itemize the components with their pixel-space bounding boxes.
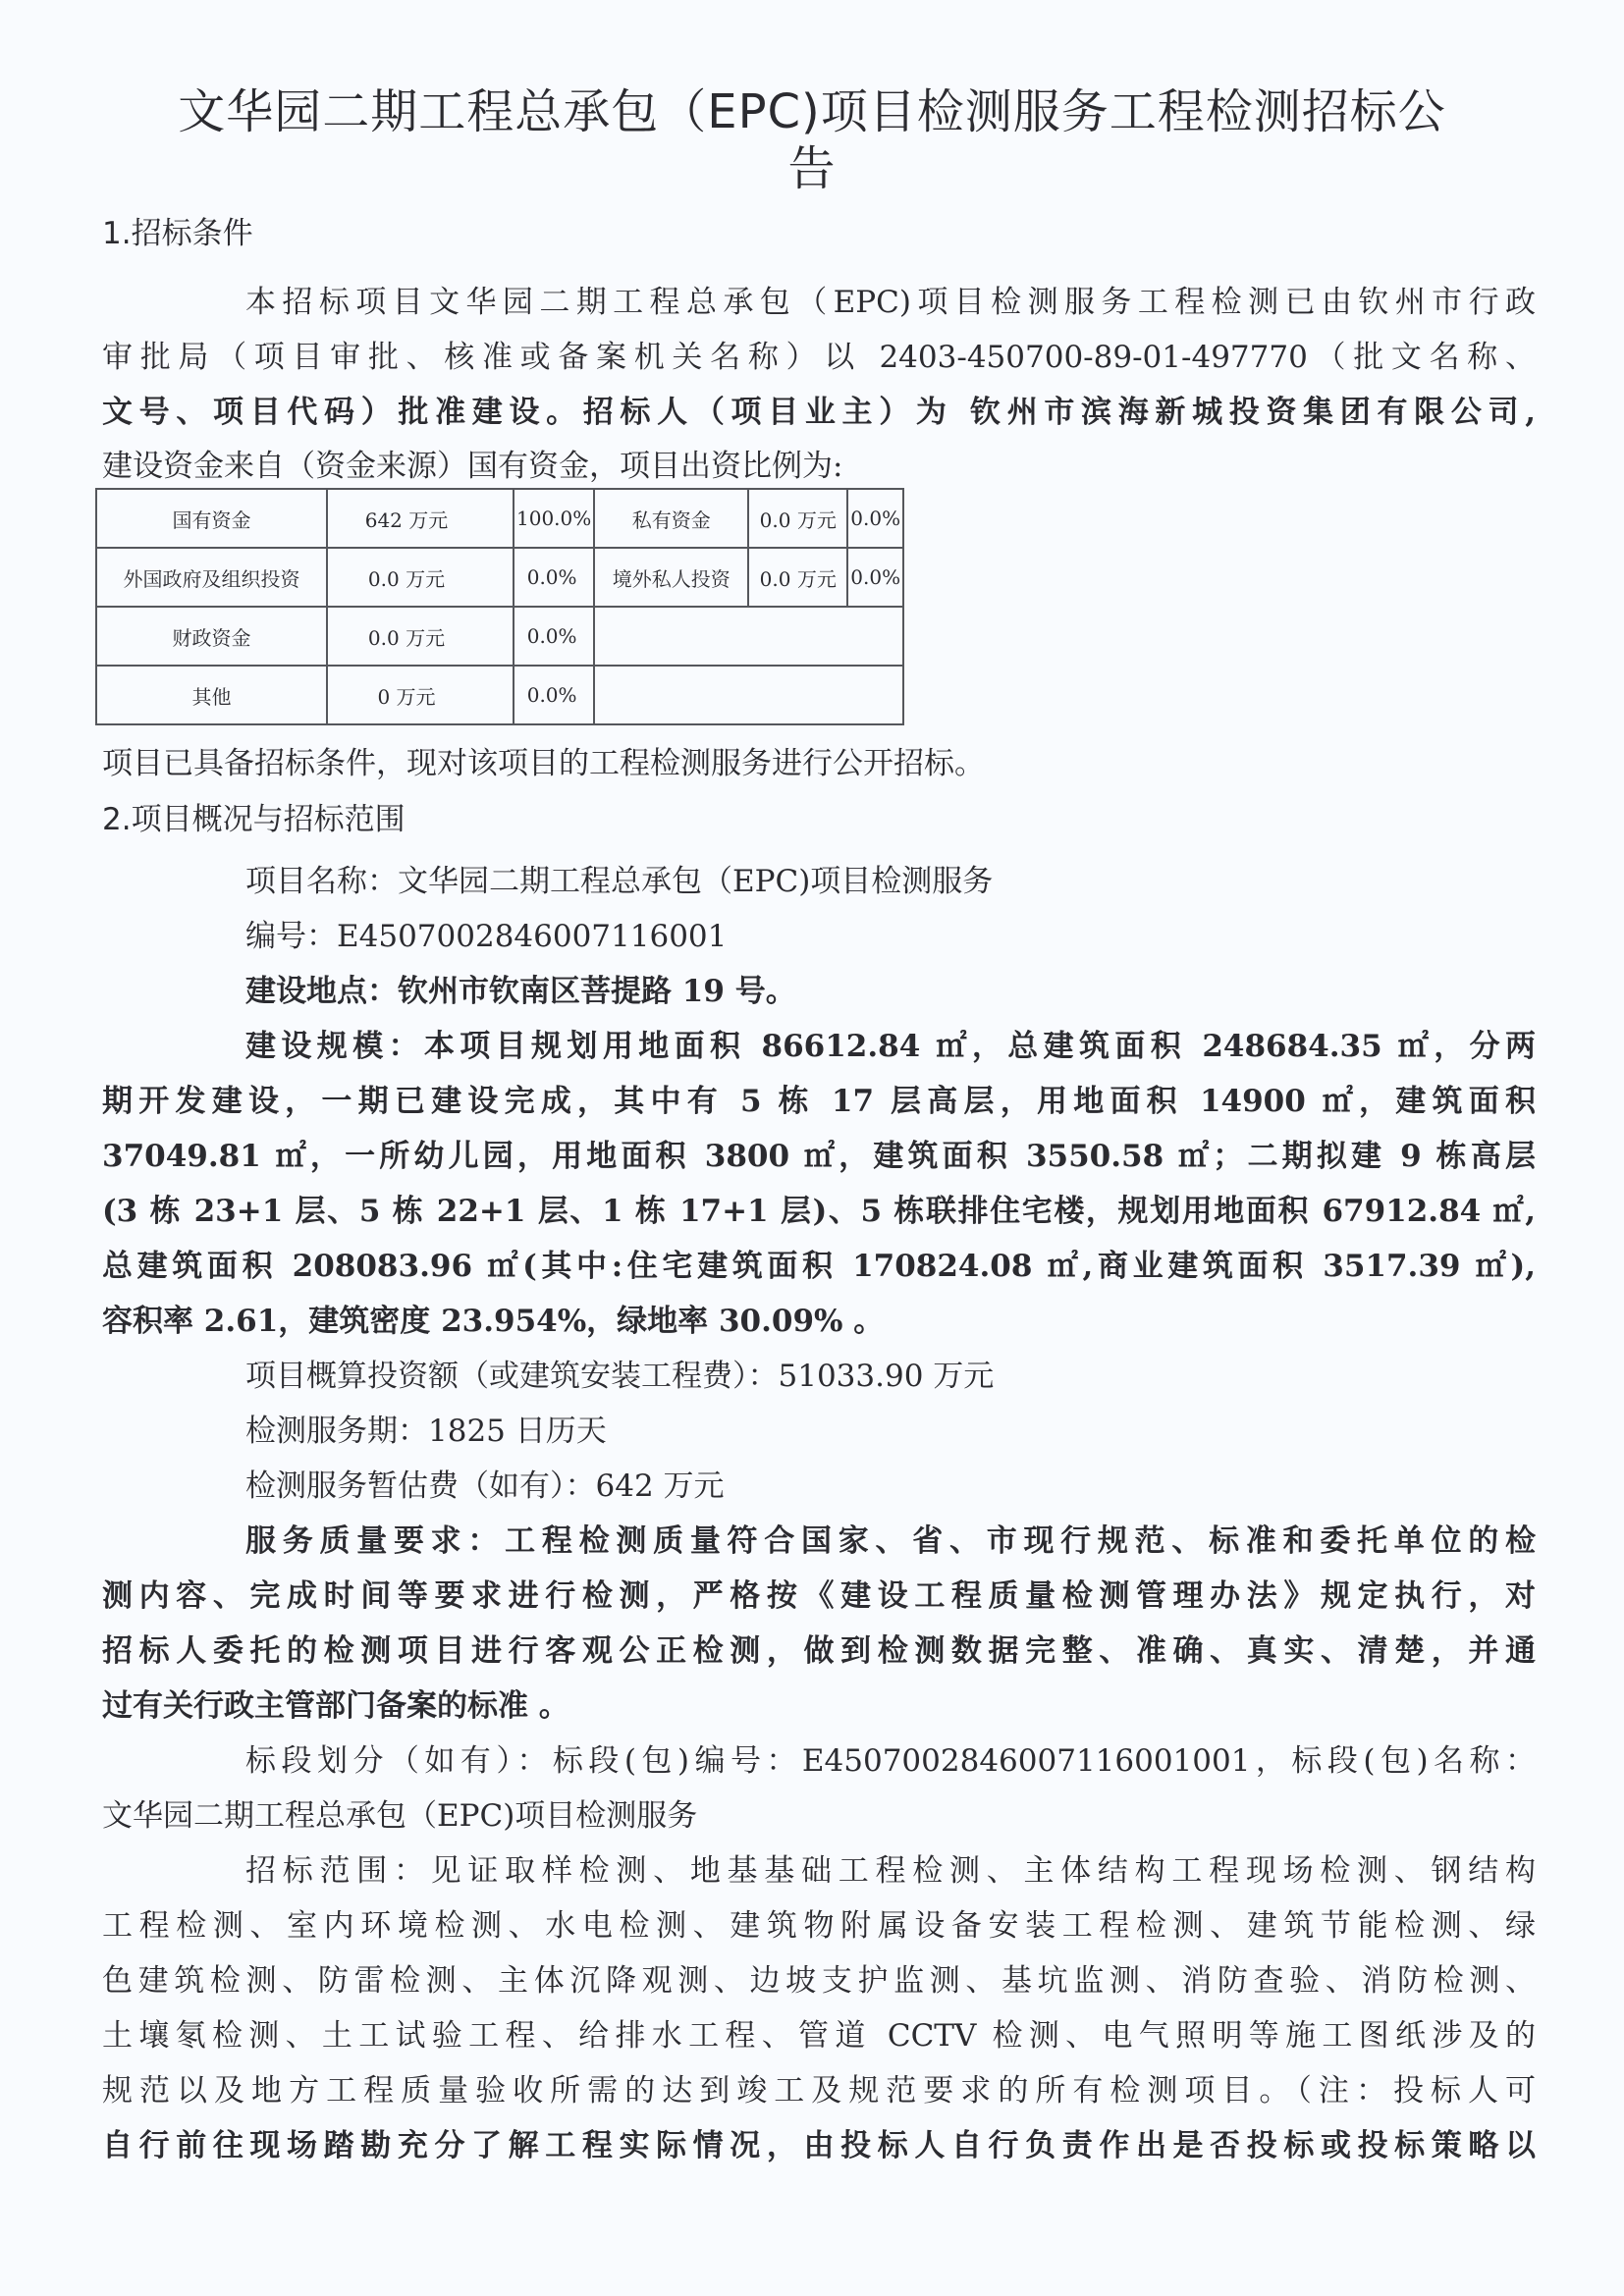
scale-line: 期开发建设，一期已建设完成，其中有 5 栋 17 层高层，用地面积 14900 … xyxy=(102,1082,1536,1121)
table-cell: 0 万元 xyxy=(327,666,514,724)
table-cell: 0.0% xyxy=(514,666,594,724)
table-cell: 0.0% xyxy=(847,548,903,607)
table-cell-empty xyxy=(594,666,903,724)
scope-line: 自行前往现场踏勘充分了解工程实际情况，由投标人自行负责作出是否投标或投标策略以 xyxy=(102,2126,1536,2165)
table-cell: 0.0% xyxy=(514,607,594,666)
scope-line: 工程检测、室内环境检测、水电检测、建筑物附属设备安装工程检测、建筑节能检测、绿 xyxy=(102,1906,1536,1946)
scope-line: 规范以及地方工程质量验收所需的达到竣工及规范要求的所有检测项目。（注：投标人可 xyxy=(102,2071,1536,2110)
table-cell: 国有资金 xyxy=(96,489,327,548)
project-code: 编号：E4507002846007116001 xyxy=(245,917,1624,956)
quality-line: 测内容、完成时间等要求进行检测，严格按《建设工程质量检测管理办法》规定执行，对 xyxy=(102,1576,1536,1616)
table-cell: 0.0% xyxy=(514,548,594,607)
table-cell: 外国政府及组织投资 xyxy=(96,548,327,607)
section-1-heading: 1.招标条件 xyxy=(102,214,1536,253)
project-investment: 项目概算投资额（或建筑安装工程费）：51033.90 万元 xyxy=(245,1357,1624,1396)
document-title: 文华园二期工程总承包（EPC)项目检测服务工程检测招标公 告 xyxy=(69,83,1555,197)
scale-line: 建设规模：本项目规划用地面积 86612.84 ㎡，总建筑面积 248684.3… xyxy=(245,1027,1536,1066)
table-cell: 0.0 万元 xyxy=(327,548,514,607)
table-cell: 财政资金 xyxy=(96,607,327,666)
lot-line: 标段划分（如有）：标段(包)编号：E4507002846007116001001… xyxy=(245,1741,1536,1781)
title-line-1: 文华园二期工程总承包（EPC)项目检测服务工程检测招标公 xyxy=(69,83,1555,140)
table-cell: 100.0% xyxy=(514,489,594,548)
project-location: 建设地点：钦州市钦南区菩提路 19 号。 xyxy=(245,972,1624,1011)
table-cell: 0.0% xyxy=(847,489,903,548)
quality-line: 招标人委托的检测项目进行客观公正检测，做到检测数据完整、准确、真实、清楚，并通 xyxy=(102,1631,1536,1671)
table-cell: 私有资金 xyxy=(594,489,748,548)
scope-line: 土壤氡检测、土工试验工程、给排水工程、管道 CCTV 检测、电气照明等施工图纸涉… xyxy=(102,2016,1536,2056)
quality-line: 过有关行政主管部门备案的标准 。 xyxy=(102,1686,1536,1726)
section-1-closing: 项目已具备招标条件，现对该项目的工程检测服务进行公开招标。 xyxy=(102,744,1536,783)
scope-line: 色建筑检测、防雷检测、主体沉降观测、边坡支护监测、基坑监测、消防查验、消防检测、 xyxy=(102,1961,1536,2001)
table-cell: 0.0 万元 xyxy=(748,548,847,607)
scope-line: 招标范围：见证取样检测、地基基础工程检测、主体结构工程现场检测、钢结构 xyxy=(245,1851,1536,1891)
table-cell: 0.0 万元 xyxy=(327,607,514,666)
service-period: 检测服务期：1825 日历天 xyxy=(245,1412,1624,1451)
quality-line: 服务质量要求：工程检测质量符合国家、省、市现行规范、标准和委托单位的检 xyxy=(245,1522,1536,1561)
section-1-para-line: 建设资金来自（资金来源）国有资金，项目出资比例为: xyxy=(102,447,1536,486)
table-cell: 0.0 万元 xyxy=(748,489,847,548)
section-1-para-line: 文号、项目代码）批准建设。招标人（项目业主）为 钦州市滨海新城投资集团有限公司, xyxy=(102,393,1536,432)
estimated-fee: 检测服务暂估费（如有）：642 万元 xyxy=(245,1467,1624,1506)
section-2-heading: 2.项目概况与招标范围 xyxy=(102,800,1536,839)
lot-line: 文华园二期工程总承包（EPC)项目检测服务 xyxy=(102,1796,1536,1836)
project-name: 项目名称：文华园二期工程总承包（EPC)项目检测服务 xyxy=(245,862,1624,901)
title-line-2: 告 xyxy=(69,140,1555,197)
document-page: 文华园二期工程总承包（EPC)项目检测服务工程检测招标公 告 1.招标条件 本招… xyxy=(0,0,1624,2296)
funding-table: 国有资金 642 万元 100.0% 私有资金 0.0 万元 0.0% 外国政府… xyxy=(95,488,904,725)
scale-line: 37049.81 ㎡，一所幼儿园，用地面积 3800 ㎡，建筑面积 3550.5… xyxy=(102,1137,1536,1176)
table-cell-empty xyxy=(594,607,903,666)
table-row: 国有资金 642 万元 100.0% 私有资金 0.0 万元 0.0% xyxy=(96,489,903,548)
table-cell: 642 万元 xyxy=(327,489,514,548)
table-cell: 其他 xyxy=(96,666,327,724)
scale-line: (3 栋 23+1 层、5 栋 22+1 层、1 栋 17+1 层)、5 栋联排… xyxy=(102,1192,1536,1231)
scale-line: 总建筑面积 208083.96 ㎡(其中:住宅建筑面积 170824.08 ㎡,… xyxy=(102,1247,1536,1286)
table-row: 外国政府及组织投资 0.0 万元 0.0% 境外私人投资 0.0 万元 0.0% xyxy=(96,548,903,607)
table-row: 财政资金 0.0 万元 0.0% xyxy=(96,607,903,666)
section-1-para-line: 审批局（项目审批、核准或备案机关名称）以 2403-450700-89-01-4… xyxy=(102,338,1536,377)
section-1-para-line: 本招标项目文华园二期工程总承包（EPC)项目检测服务工程检测已由钦州市行政 xyxy=(245,283,1536,322)
table-cell: 境外私人投资 xyxy=(594,548,748,607)
scale-line: 容积率 2.61，建筑密度 23.954%，绿地率 30.09% 。 xyxy=(102,1302,1536,1341)
table-row: 其他 0 万元 0.0% xyxy=(96,666,903,724)
